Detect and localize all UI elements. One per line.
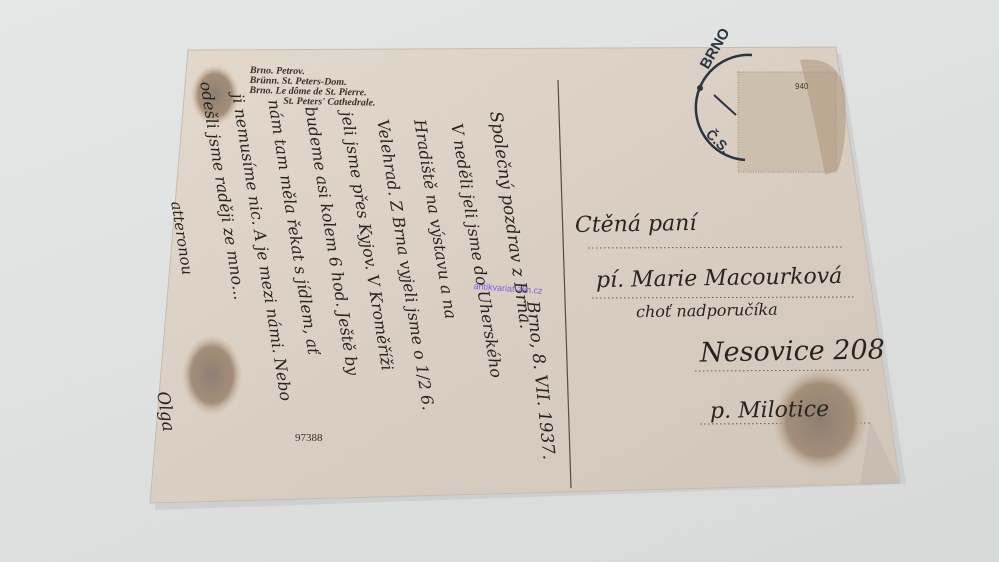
address-line-5: p. Milotice — [710, 397, 830, 424]
address-line-1: Ctěná paní — [575, 211, 697, 238]
postcard-body: BRNO Č.S. — [0, 0, 999, 562]
stamp-value: 940 — [795, 82, 808, 91]
address-line-3: choť nadporučíka — [636, 300, 778, 321]
serial-number: 97388 — [295, 432, 323, 444]
address-line-4: Nesovice 208 — [700, 334, 885, 368]
postcard-photo: BRNO Č.S. Brno. Petrov. Brünn. St. Peter… — [0, 0, 999, 562]
address-line-2: pí. Marie Macourková — [596, 264, 843, 293]
stain-bottom-left — [182, 335, 242, 415]
